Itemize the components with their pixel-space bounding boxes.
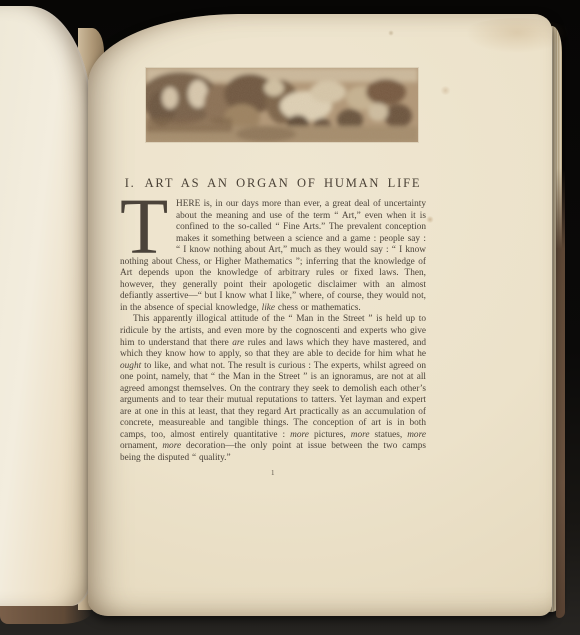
book-cover-edge-right: [556, 168, 565, 618]
foxing-stain: [456, 18, 578, 60]
paragraph: This apparently illogical attitude of th…: [120, 314, 426, 464]
page-content: I.ART AS AN ORGAN OF HUMAN LIFE THERE is…: [120, 14, 426, 477]
frieze-illustration: [146, 68, 418, 142]
chapter-title-text: ART AS AN ORGAN OF HUMAN LIFE: [145, 176, 422, 190]
facing-blank-page: [0, 6, 92, 606]
book-photo: I.ART AS AN ORGAN OF HUMAN LIFE THERE is…: [0, 0, 580, 635]
foxing-spot: [440, 86, 451, 95]
foxing-spot: [426, 216, 434, 223]
chapter-title: I.ART AS AN ORGAN OF HUMAN LIFE: [120, 176, 426, 190]
book-page: I.ART AS AN ORGAN OF HUMAN LIFE THERE is…: [88, 14, 552, 616]
page-number: 1: [120, 469, 426, 477]
body-text: THERE is, in our days more than ever, a …: [120, 199, 426, 465]
paragraph: THERE is, in our days more than ever, a …: [120, 199, 426, 314]
drop-cap: T: [120, 200, 169, 256]
chapter-number: I.: [125, 176, 136, 190]
